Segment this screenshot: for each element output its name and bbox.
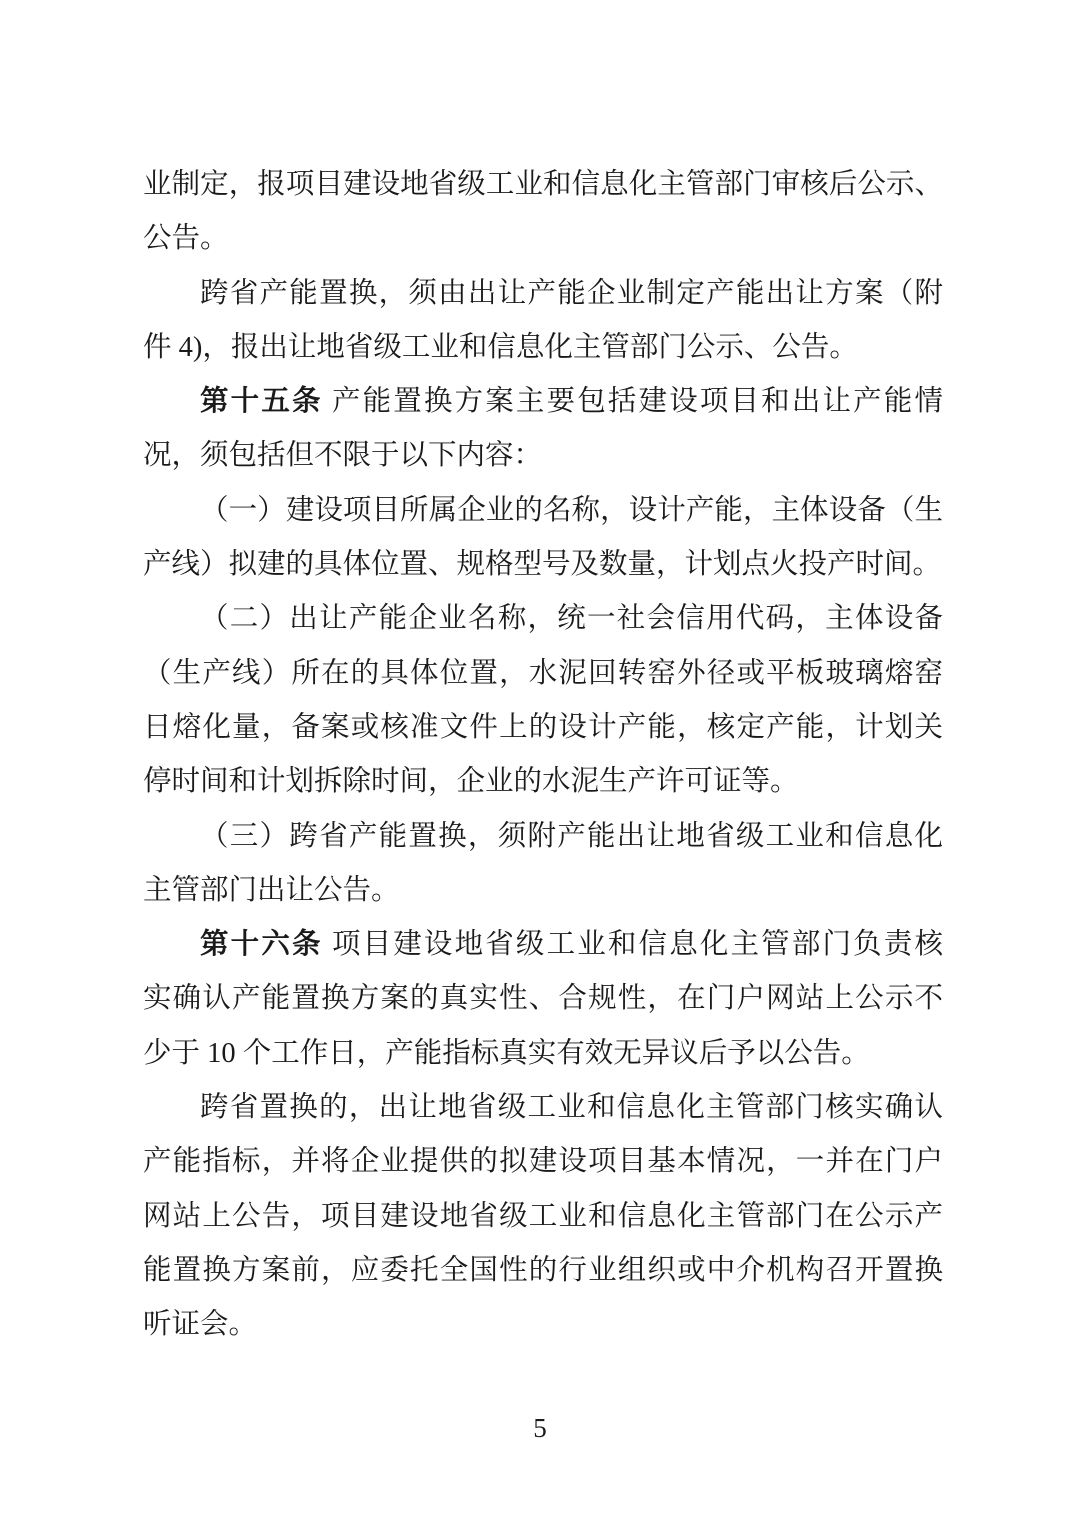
line-text: （二）出让产能企业名称，统一社会信用代码，主体设备 xyxy=(200,603,943,634)
line-text: 跨省置换的，出让地省级工业和信息化主管部门核实确认 xyxy=(200,1092,943,1123)
document-page: 业制定，报项目建设地省级工业和信息化主管部门审核后公示、公告。跨省产能置换，须由… xyxy=(0,0,1080,1526)
document-line: 况，须包括但不限于以下内容： xyxy=(143,429,943,483)
line-text: 产线）拟建的具体位置、规格型号及数量，计划点火投产时间。 xyxy=(143,549,941,580)
document-line: （二）出让产能企业名称，统一社会信用代码，主体设备 xyxy=(143,592,943,646)
document-line: 公告。 xyxy=(143,212,943,266)
line-text: （生产线）所在的具体位置，水泥回转窑外径或平板玻璃熔窑 xyxy=(143,658,943,689)
line-text: 听证会。 xyxy=(143,1309,257,1340)
page-number: 5 xyxy=(0,1408,1080,1448)
document-line: 网站上公告，项目建设地省级工业和信息化主管部门在公示产 xyxy=(143,1190,943,1244)
line-text: 网站上公告，项目建设地省级工业和信息化主管部门在公示产 xyxy=(143,1201,943,1232)
line-text: 产能指标，并将企业提供的拟建设项目基本情况，一并在门户 xyxy=(143,1146,943,1177)
line-text: 跨省产能置换，须由出让产能企业制定产能出让方案（附 xyxy=(200,278,943,309)
document-line: 产线）拟建的具体位置、规格型号及数量，计划点火投产时间。 xyxy=(143,538,943,592)
document-line: 实确认产能置换方案的真实性、合规性，在门户网站上公示不 xyxy=(143,972,943,1026)
document-line: 第十五条 产能置换方案主要包括建设项目和出让产能情 xyxy=(143,375,943,429)
document-line: 听证会。 xyxy=(143,1298,943,1352)
document-line: （一）建设项目所属企业的名称，设计产能，主体设备（生 xyxy=(143,484,943,538)
document-line: 跨省置换的，出让地省级工业和信息化主管部门核实确认 xyxy=(143,1081,943,1135)
document-line: 能置换方案前，应委托全国性的行业组织或中介机构召开置换 xyxy=(143,1244,943,1298)
line-text: （三）跨省产能置换，须附产能出让地省级工业和信息化 xyxy=(200,821,943,852)
article-heading: 第十五条 xyxy=(200,386,323,417)
line-text: 日熔化量，备案或核准文件上的设计产能，核定产能，计划关 xyxy=(143,712,943,743)
article-heading: 第十六条 xyxy=(200,929,323,960)
line-text: 主管部门出让公告。 xyxy=(143,875,400,906)
line-text: 件 4)，报出让地省级工业和信息化主管部门公示、公告。 xyxy=(143,332,858,363)
document-line: 业制定，报项目建设地省级工业和信息化主管部门审核后公示、 xyxy=(143,158,943,212)
line-text: （一）建设项目所属企业的名称，设计产能，主体设备（生 xyxy=(200,495,943,526)
line-text: 况，须包括但不限于以下内容： xyxy=(143,440,542,471)
line-text: 产能置换方案主要包括建设项目和出让产能情 xyxy=(323,386,943,417)
document-line: 主管部门出让公告。 xyxy=(143,864,943,918)
document-line: 跨省产能置换，须由出让产能企业制定产能出让方案（附 xyxy=(143,267,943,321)
document-line: 件 4)，报出让地省级工业和信息化主管部门公示、公告。 xyxy=(143,321,943,375)
line-text: 项目建设地省级工业和信息化主管部门负责核 xyxy=(323,929,943,960)
line-text: 实确认产能置换方案的真实性、合规性，在门户网站上公示不 xyxy=(143,983,943,1014)
document-line: 日熔化量，备案或核准文件上的设计产能，核定产能，计划关 xyxy=(143,701,943,755)
document-line: 少于 10 个工作日，产能指标真实有效无异议后予以公告。 xyxy=(143,1027,943,1081)
line-text: 停时间和计划拆除时间，企业的水泥生产许可证等。 xyxy=(143,766,799,797)
line-text: 少于 10 个工作日，产能指标真实有效无异议后予以公告。 xyxy=(143,1038,870,1069)
document-line: 第十六条 项目建设地省级工业和信息化主管部门负责核 xyxy=(143,918,943,972)
line-text: 业制定，报项目建设地省级工业和信息化主管部门审核后公示、 xyxy=(143,169,943,200)
document-body: 业制定，报项目建设地省级工业和信息化主管部门审核后公示、公告。跨省产能置换，须由… xyxy=(143,158,943,1353)
document-line: 产能指标，并将企业提供的拟建设项目基本情况，一并在门户 xyxy=(143,1135,943,1189)
document-line: （生产线）所在的具体位置，水泥回转窑外径或平板玻璃熔窑 xyxy=(143,647,943,701)
line-text: 能置换方案前，应委托全国性的行业组织或中介机构召开置换 xyxy=(143,1255,943,1286)
document-line: 停时间和计划拆除时间，企业的水泥生产许可证等。 xyxy=(143,755,943,809)
document-line: （三）跨省产能置换，须附产能出让地省级工业和信息化 xyxy=(143,810,943,864)
line-text: 公告。 xyxy=(143,223,229,254)
